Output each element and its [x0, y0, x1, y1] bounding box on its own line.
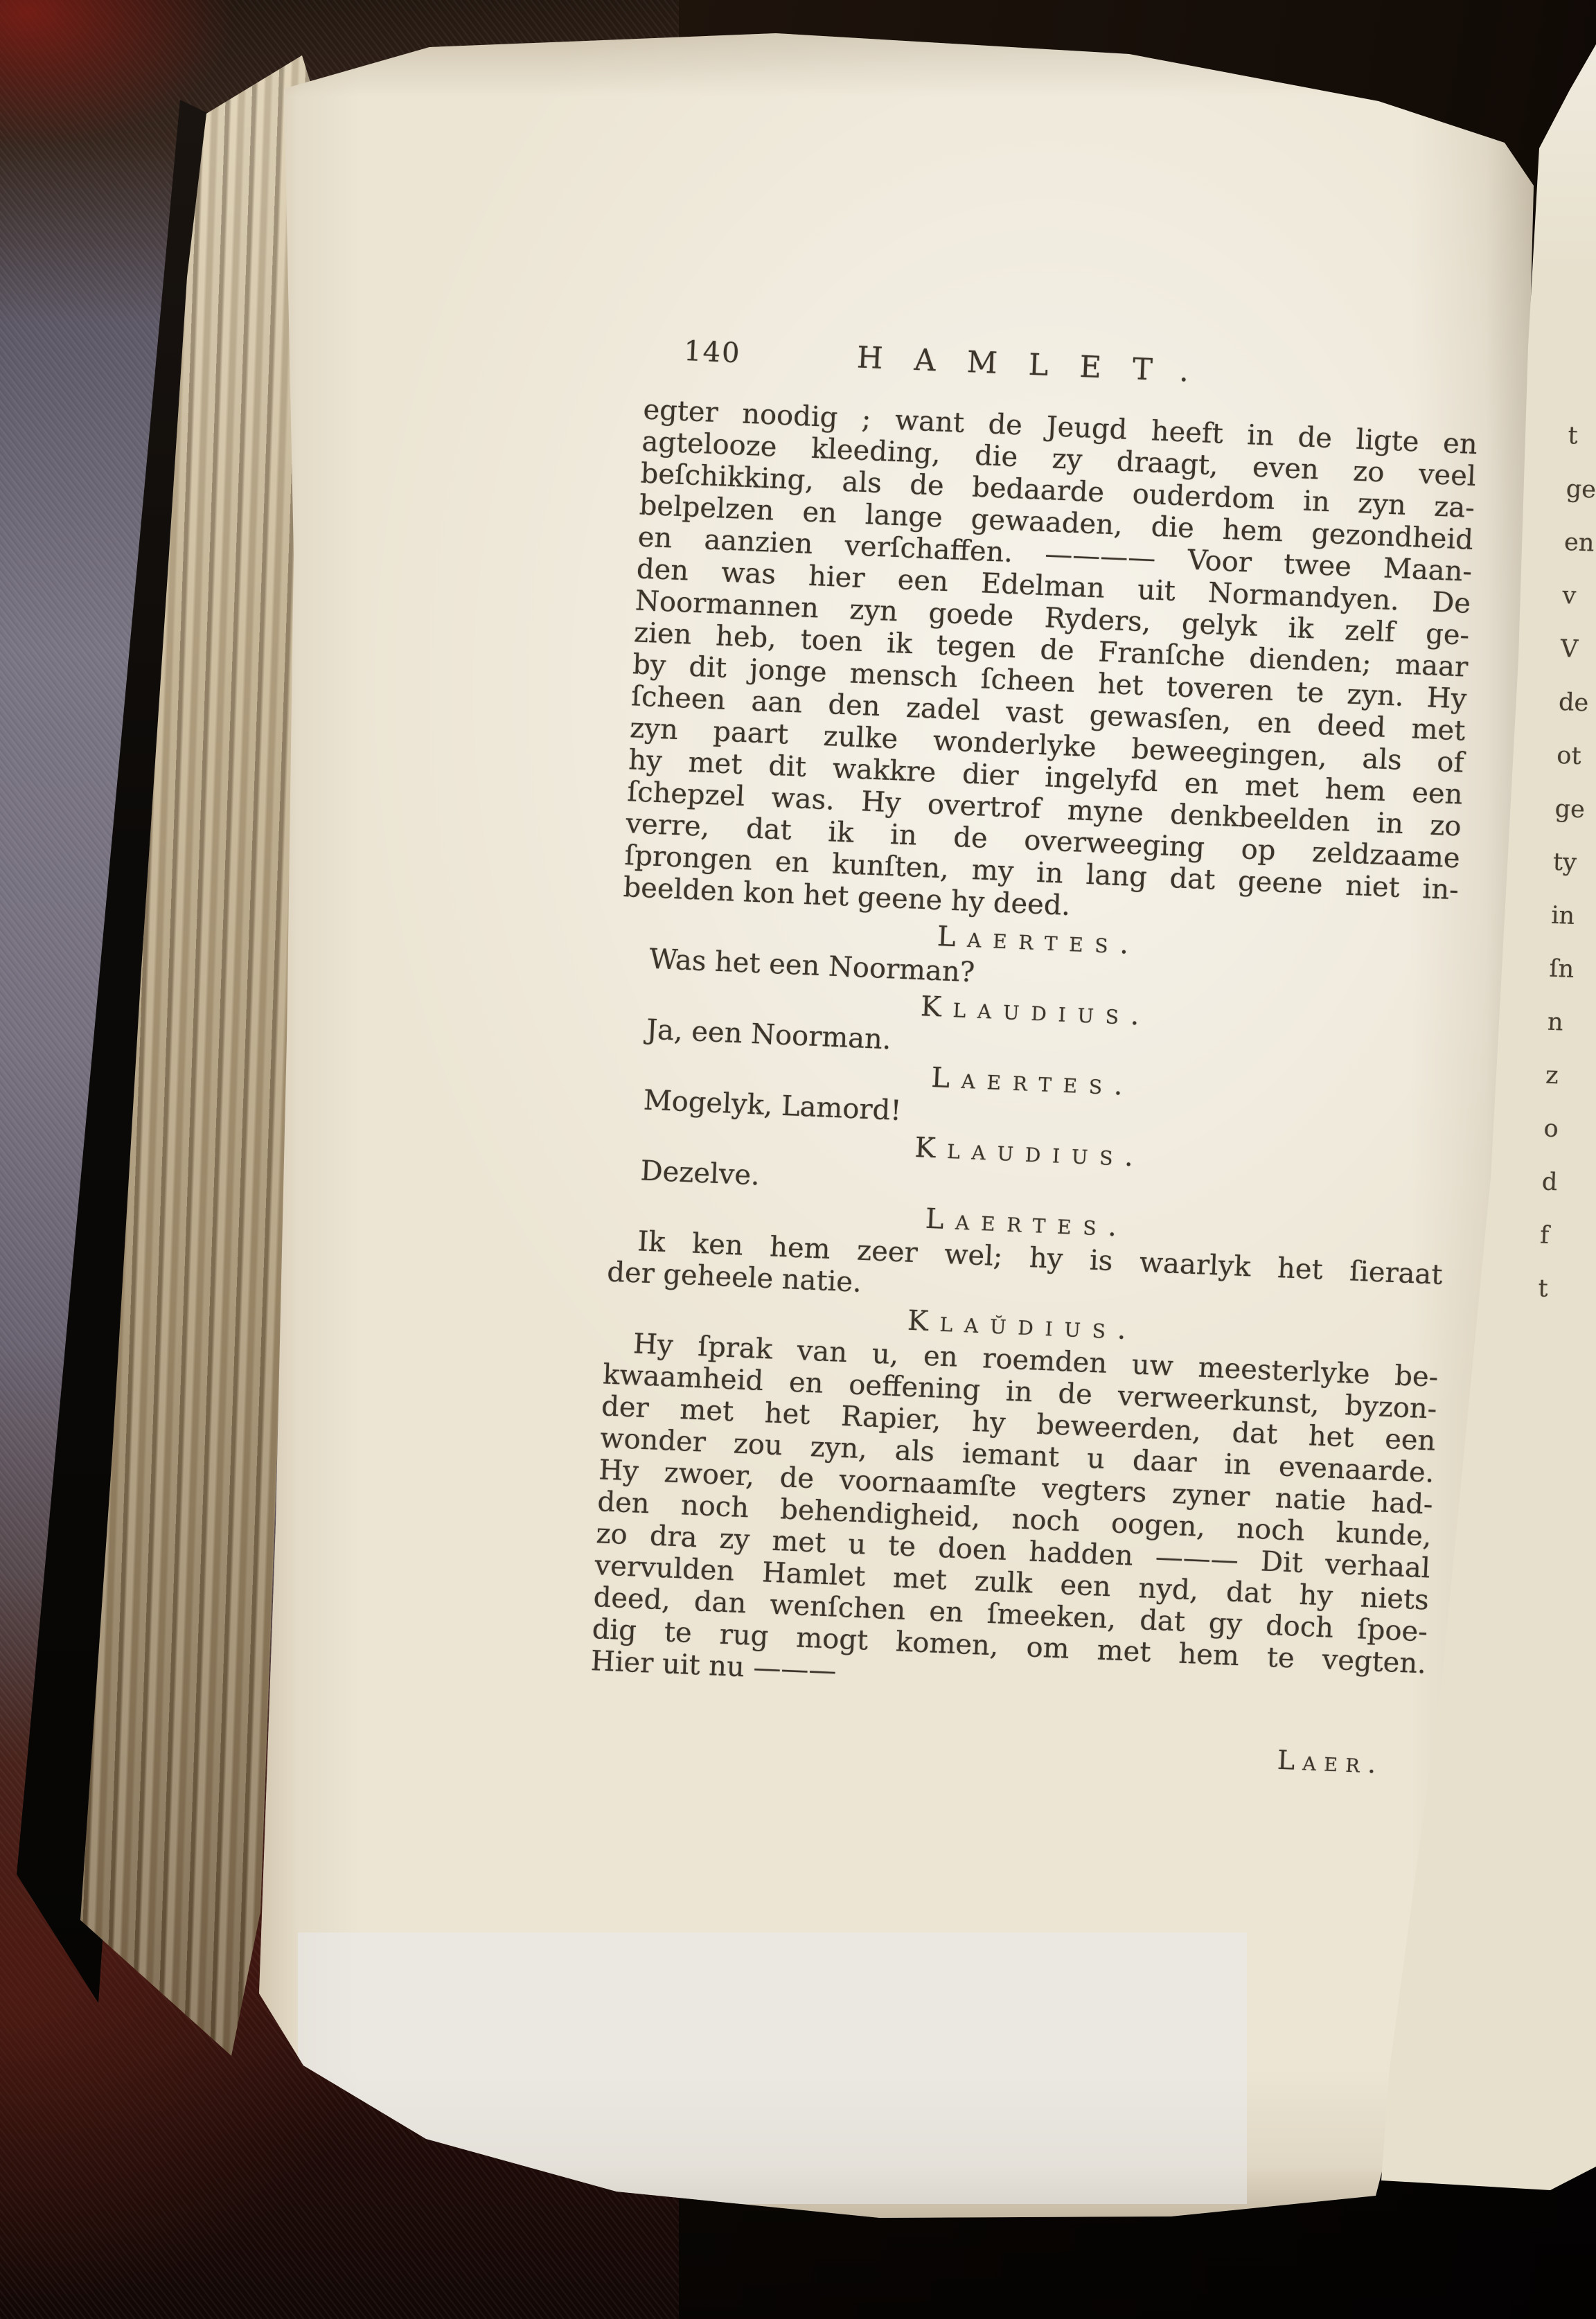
edge-text-fragment: t — [1567, 409, 1596, 464]
printed-text-block: 140 HAMLET. egter noodig ; want de Jeugd… — [587, 333, 1480, 1782]
edge-text-fragment: de — [1558, 676, 1596, 731]
page-number: 140 — [683, 335, 858, 374]
edge-text-fragment: t — [1537, 1262, 1588, 1317]
edge-text-fragment: in — [1550, 889, 1596, 944]
edge-text-fragment: o — [1543, 1103, 1593, 1157]
body-text: egter noodig ; want de Jeugd heeft in de… — [590, 394, 1478, 1712]
edge-text-fragment: ot — [1556, 729, 1596, 784]
edge-text-fragment: n — [1547, 996, 1596, 1051]
edge-text-fragment: f — [1539, 1209, 1590, 1263]
edge-text-fragment: ty — [1552, 836, 1596, 891]
edge-text-fragment: z — [1545, 1049, 1595, 1104]
edge-text-fragment: en — [1563, 516, 1596, 571]
edge-text-fragment: v — [1561, 569, 1596, 624]
photo-of-open-book: { "book_page": { "header": { "page_numbe… — [0, 0, 1596, 2319]
edge-text-fragment: ſn — [1548, 943, 1596, 997]
edge-text-fragment: V — [1559, 623, 1596, 677]
edge-text-fragment: gel — [1565, 463, 1596, 517]
edge-text-fragment: ge — [1554, 783, 1596, 837]
edge-text-fragment: d — [1541, 1156, 1592, 1211]
